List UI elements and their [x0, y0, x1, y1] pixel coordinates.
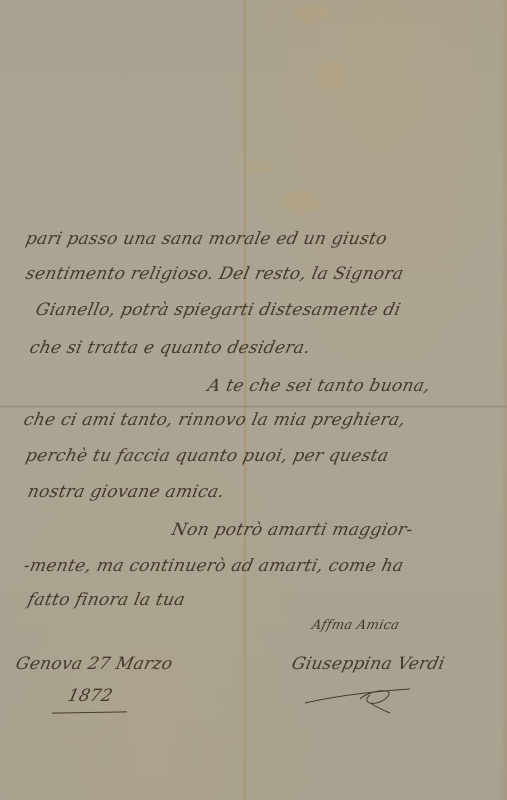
- letter-line-8: nostra giovane amica.: [26, 482, 226, 502]
- paper-stain: [315, 60, 345, 90]
- paper-stain: [280, 190, 320, 215]
- letter-line-11: fatto finora la tua: [26, 590, 187, 610]
- letter-page: pari passo una sana morale ed un giusto …: [0, 0, 507, 800]
- letter-line-6: che ci ami tanto, rinnovo la mia preghie…: [22, 410, 407, 430]
- letter-line-3: Gianello, potrà spiegarti distesamente d…: [34, 300, 403, 320]
- paper-stain: [245, 160, 275, 174]
- letter-line-4: che si tratta e quanto desidera.: [28, 338, 312, 358]
- signature: Giuseppina Verdi: [290, 654, 447, 674]
- dateline-year: 1872: [66, 686, 115, 706]
- year-underline: [52, 711, 127, 713]
- letter-line-5: A te che sei tanto buona,: [206, 376, 432, 396]
- letter-line-2: sentimento religioso. Del resto, la Sign…: [24, 264, 406, 284]
- closing-salutation: Affma Amica: [310, 618, 400, 633]
- signature-flourish-icon: [300, 685, 500, 715]
- vertical-fold-crease: [243, 0, 247, 800]
- letter-line-1: pari passo una sana morale ed un giusto: [24, 229, 389, 249]
- dateline-place-date: Genova 27 Marzo: [14, 654, 175, 674]
- page-edge: [501, 0, 507, 800]
- letter-line-10: -mente, ma continuerò ad amarti, come ha: [22, 556, 406, 576]
- horizontal-fold-crease: [0, 405, 507, 408]
- letter-line-9: Non potrò amarti maggior-: [170, 520, 415, 540]
- paper-stain: [290, 5, 330, 23]
- letter-line-7: perchè tu faccia quanto puoi, per questa: [24, 446, 391, 466]
